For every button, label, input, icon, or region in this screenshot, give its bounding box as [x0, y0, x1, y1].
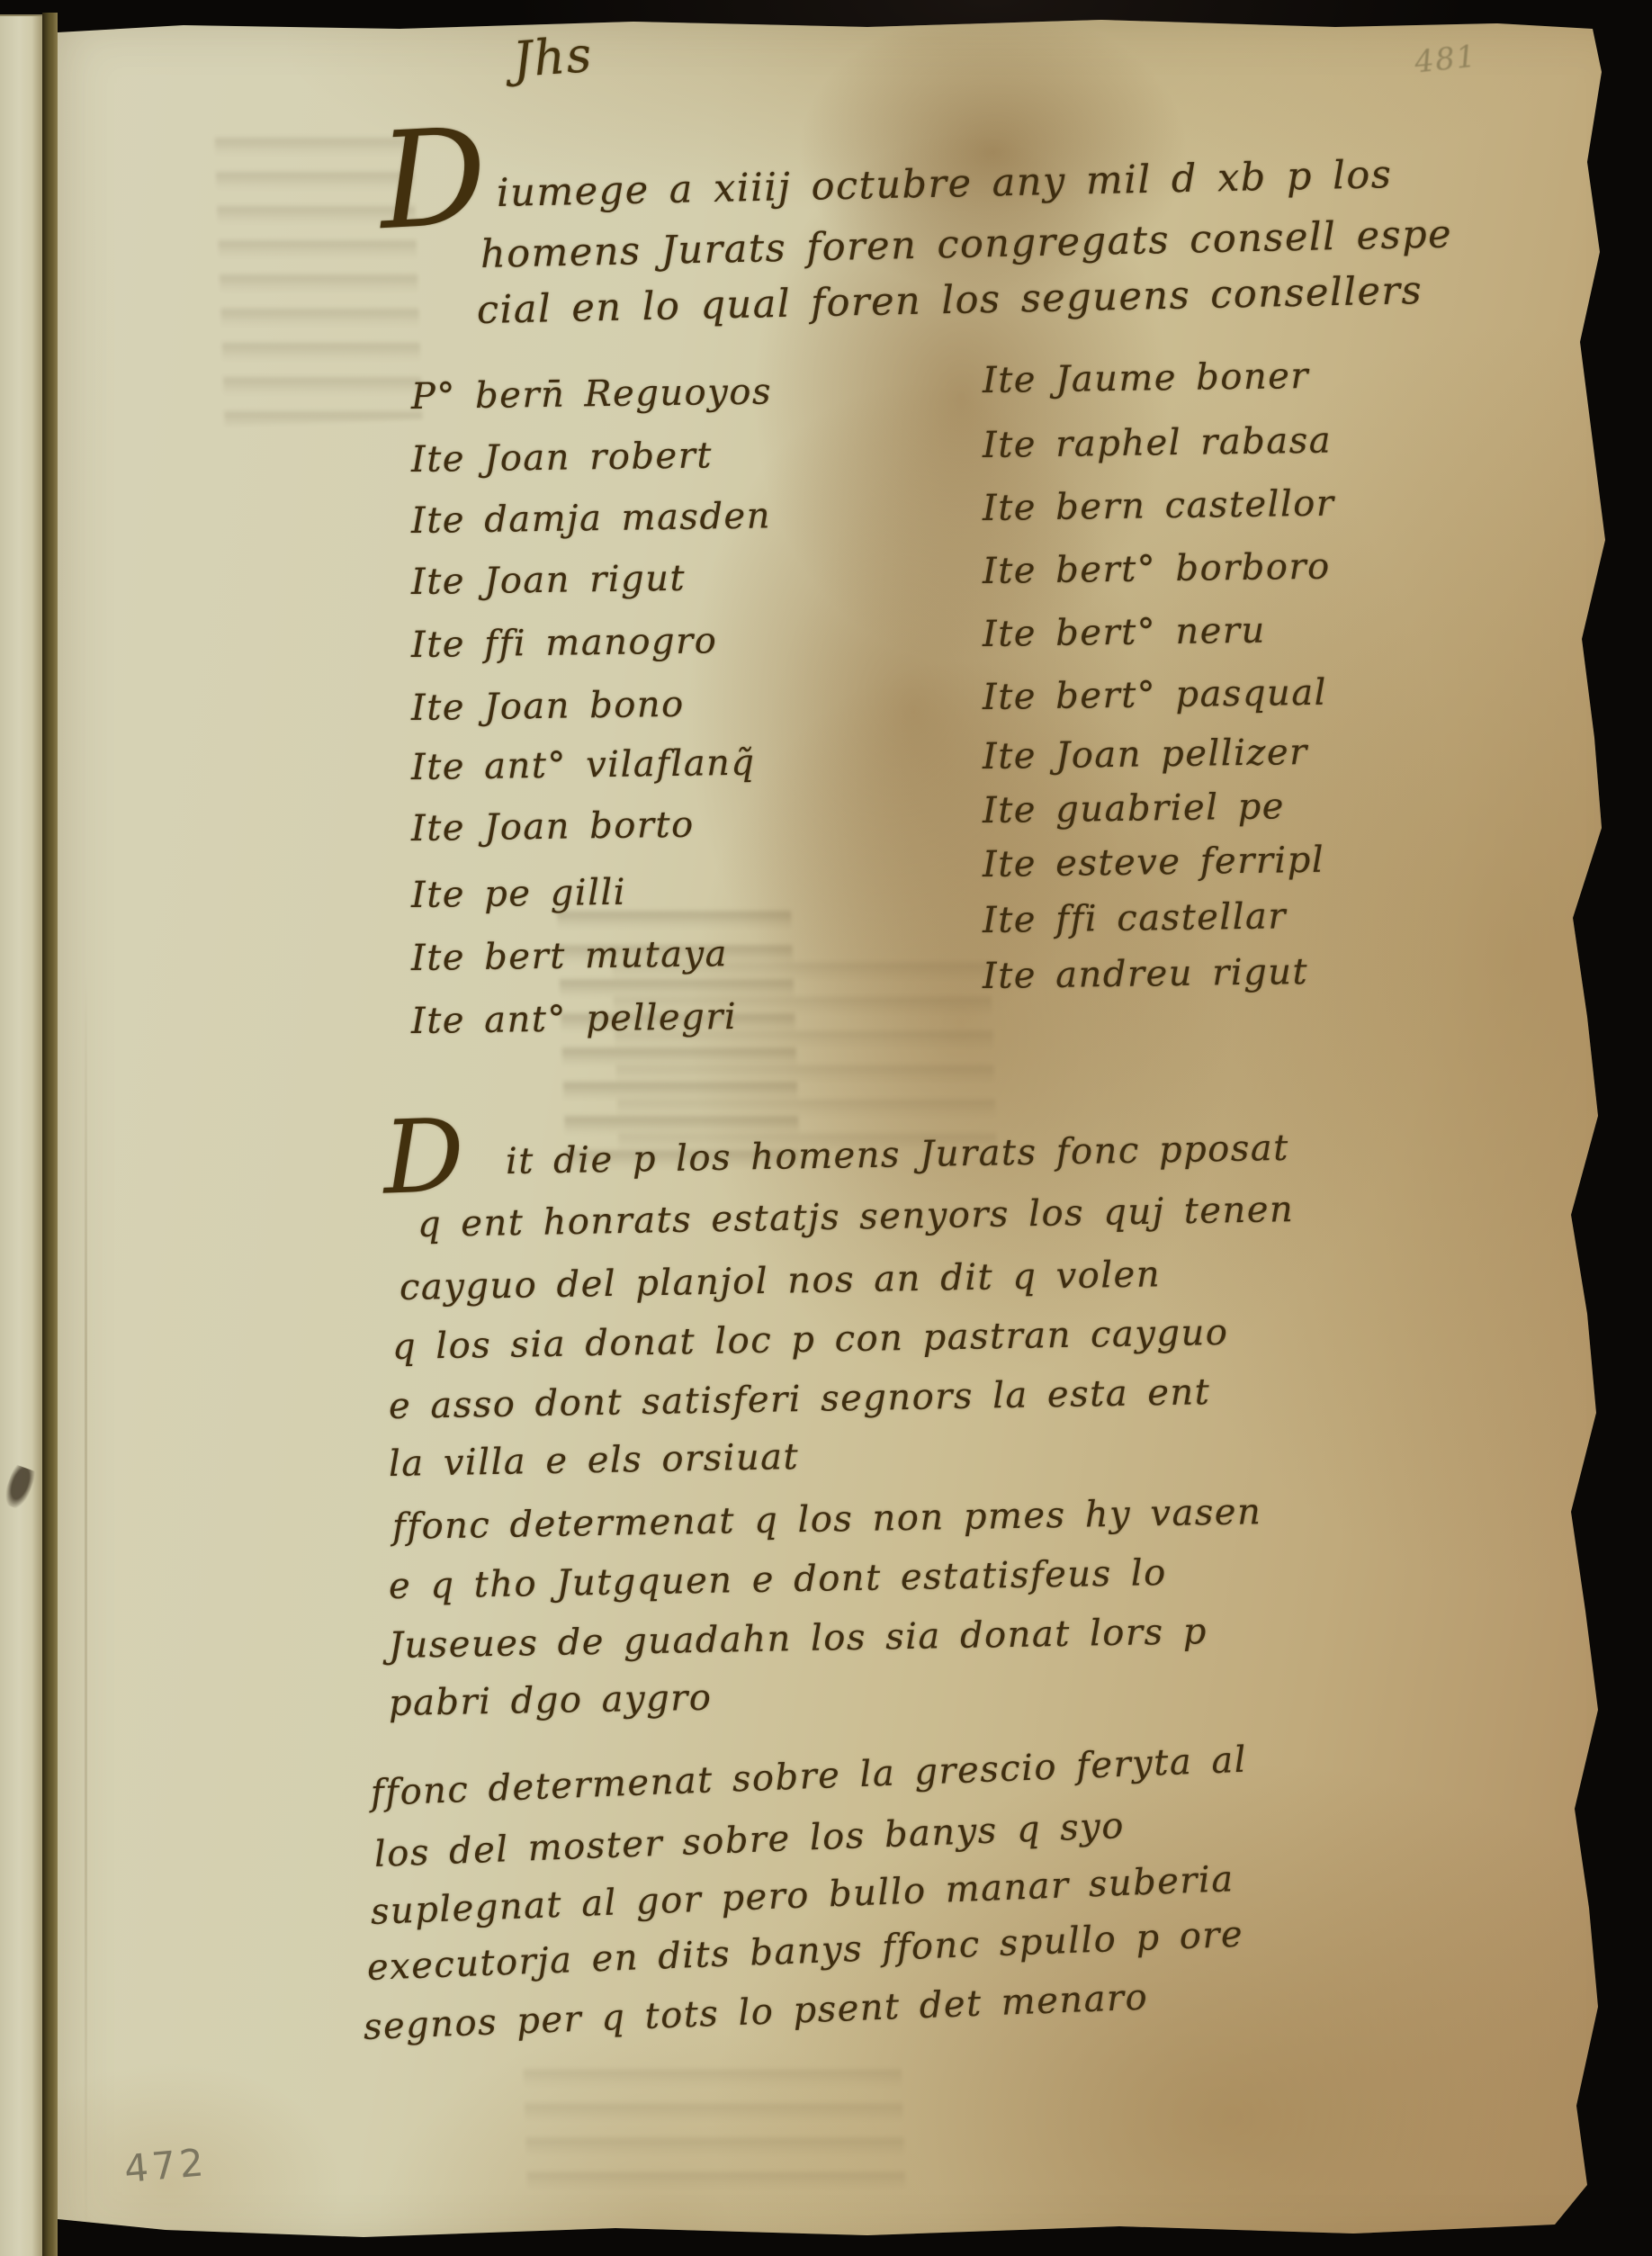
councillor-entry: Ite ant° vilaflanq̃: [411, 742, 756, 788]
verso-showthrough: [524, 2054, 906, 2203]
councillor-entry: P° bern̄ Reguoyos: [411, 371, 773, 418]
heading-line: cial en lo qual foren los seguens consel…: [476, 268, 1423, 333]
paragraph-line: q los sia donat loc p con pastran cayguo: [392, 1312, 1229, 1368]
councillor-entry: Ite Joan pellizer: [983, 732, 1308, 777]
councillor-entry: Ite damja masden: [411, 495, 772, 542]
councillor-entry: Ite raphel rabasa: [983, 420, 1333, 466]
councillor-entry: Ite Joan borto: [411, 804, 695, 849]
councillor-entry: Ite bert° neru: [983, 610, 1266, 655]
councillor-entry: Ite bert° borboro: [983, 546, 1331, 592]
councillor-entry: Ite guabriel pe: [983, 786, 1286, 831]
councillor-entry: Ite Joan rigut: [411, 558, 687, 603]
councillor-entry: Ite bert mutaya: [411, 933, 729, 979]
paper-crease: [85, 972, 87, 2250]
councillor-entry: Ite ffi castellar: [983, 895, 1288, 941]
ink-blot-mark: [1, 1464, 37, 1511]
manuscript-page: Jhs 481 D iumege a xiiij octubre any mil…: [58, 18, 1643, 2252]
archival-pencil-number: 472: [122, 2140, 209, 2191]
councillor-entry: Ite andreu rigut: [983, 951, 1309, 997]
councillor-entry: Ite bert° pasqual: [983, 672, 1328, 718]
councillor-entry: Ite ant° pellegri: [411, 996, 738, 1042]
paragraph-line: ffonc determenat q los non pmes hy vasen: [392, 1491, 1262, 1548]
councillor-entry: Ite Jaume boner: [983, 355, 1310, 401]
paragraph-line: e q tho Jutgquen e dont estatisfeus lo: [389, 1552, 1167, 1607]
councillor-entry: Ite esteve ferripl: [983, 840, 1325, 885]
verso-showthrough: [612, 948, 996, 1159]
paragraph-initial-capital: D: [382, 1116, 466, 1200]
ihs-monogram: Jhs: [511, 26, 595, 88]
binding-gutter: [42, 13, 58, 2256]
paragraph-line: e asso dont satisferi segnors la esta en…: [389, 1371, 1211, 1427]
councillor-entry: Ite Joan bono: [411, 684, 685, 729]
councillor-entry: Ite ffi manogro: [411, 620, 718, 666]
folio-number: 481: [1413, 38, 1478, 80]
paragraph-line: segnos per q tots lo psent det menaro: [363, 1977, 1149, 2048]
paragraph-line: ffonc determenat sobre la grescio feryta…: [370, 1739, 1248, 1814]
paragraph-line: pabri dgo aygro: [389, 1677, 713, 1724]
councillor-entry: Ite pe gilli: [411, 872, 627, 916]
paragraph-line: Juseues de guadahn los sia donat lors p: [389, 1611, 1208, 1667]
heading-line: iumege a xiiij octubre any mil d xb p lo…: [496, 152, 1392, 216]
paragraph-line: la villa e els orsiuat: [389, 1436, 800, 1485]
councillor-entry: Ite bern castellor: [983, 483, 1335, 529]
paragraph-line: los del moster sobre los banys q syo: [373, 1805, 1126, 1875]
manuscript-photo: Jhs 481 D iumege a xiiij octubre any mil…: [0, 0, 1652, 2256]
heading-line: homens Jurats foren congregats consell e…: [480, 211, 1452, 277]
paragraph-line: cayguo del planjol nos an dit q volen: [400, 1254, 1162, 1308]
heading-initial-capital: D: [377, 123, 490, 236]
paragraph-line: q ent honrats estatjs senyors los quj te…: [417, 1189, 1295, 1245]
councillor-entry: Ite Joan robert: [411, 435, 714, 481]
adjacent-page-edge: [0, 14, 42, 2256]
